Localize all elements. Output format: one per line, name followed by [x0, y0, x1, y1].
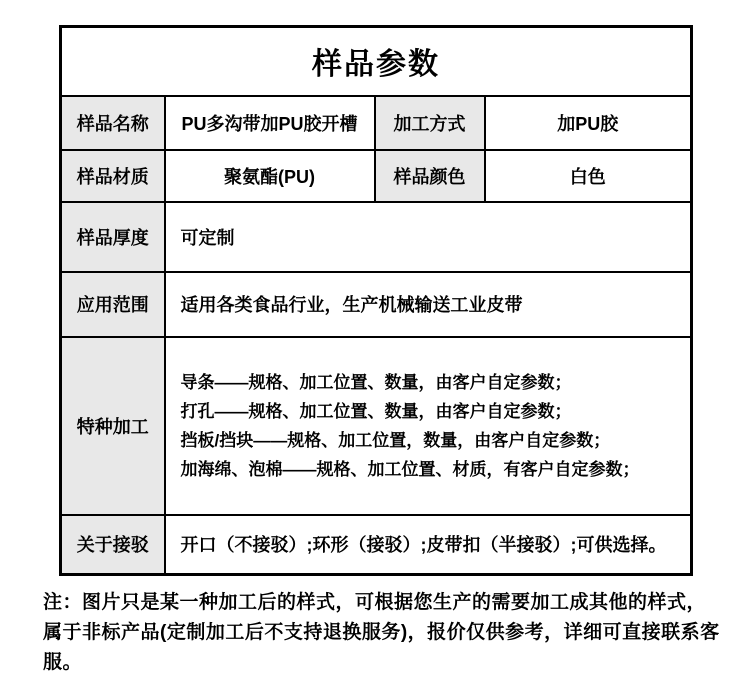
table-row-splicing: 关于接驳 开口（不接驳）;环形（接驳）;皮带扣（半接驳）;可供选择。	[61, 515, 692, 575]
sample-color-value: 白色	[485, 150, 692, 202]
sample-parameters-table: 样品参数 样品名称 PU多沟带加PU胶开槽 加工方式 加PU胶 样品材质 聚氨酯…	[59, 25, 693, 576]
splicing-value: 开口（不接驳）;环形（接驳）;皮带扣（半接驳）;可供选择。	[165, 515, 692, 575]
sample-thickness-label: 样品厚度	[61, 202, 165, 272]
table-row-sample-material: 样品材质 聚氨酯(PU) 样品颜色 白色	[61, 150, 692, 202]
sample-material-label: 样品材质	[61, 150, 165, 202]
special-processing-line-punching: 打孔——规格、加工位置、数量，由客户自定参数；	[181, 397, 691, 426]
sample-material-value: 聚氨酯(PU)	[165, 150, 375, 202]
splicing-label: 关于接驳	[61, 515, 165, 575]
special-processing-value: 导条——规格、加工位置、数量，由客户自定参数； 打孔——规格、加工位置、数量，由…	[165, 337, 692, 515]
table-row-application-scope: 应用范围 适用各类食品行业，生产机械输送工业皮带	[61, 272, 692, 337]
special-processing-label: 特种加工	[61, 337, 165, 515]
special-processing-line-baffles: 挡板/挡块——规格、加工位置，数量，由客户自定参数；	[181, 426, 691, 455]
processing-method-label: 加工方式	[375, 96, 485, 150]
sample-name-label: 样品名称	[61, 96, 165, 150]
processing-method-value: 加PU胶	[485, 96, 692, 150]
footnote-text: 注：图片只是某一种加工后的样式，可根据您生产的需要加工成其他的样式，属于非标产品…	[43, 588, 721, 678]
sample-thickness-value: 可定制	[165, 202, 692, 272]
application-scope-value: 适用各类食品行业，生产机械输送工业皮带	[165, 272, 692, 337]
sample-color-label: 样品颜色	[375, 150, 485, 202]
table-title: 样品参数	[61, 27, 692, 96]
table-title-row: 样品参数	[61, 27, 692, 96]
special-processing-line-sponge: 加海绵、泡棉——规格、加工位置、材质，有客户自定参数；	[181, 455, 691, 484]
special-processing-line-guides: 导条——规格、加工位置、数量，由客户自定参数；	[181, 368, 691, 397]
sample-name-value: PU多沟带加PU胶开槽	[165, 96, 375, 150]
table-row-sample-thickness: 样品厚度 可定制	[61, 202, 692, 272]
application-scope-label: 应用范围	[61, 272, 165, 337]
table-row-sample-name: 样品名称 PU多沟带加PU胶开槽 加工方式 加PU胶	[61, 96, 692, 150]
table-row-special-processing: 特种加工 导条——规格、加工位置、数量，由客户自定参数； 打孔——规格、加工位置…	[61, 337, 692, 515]
